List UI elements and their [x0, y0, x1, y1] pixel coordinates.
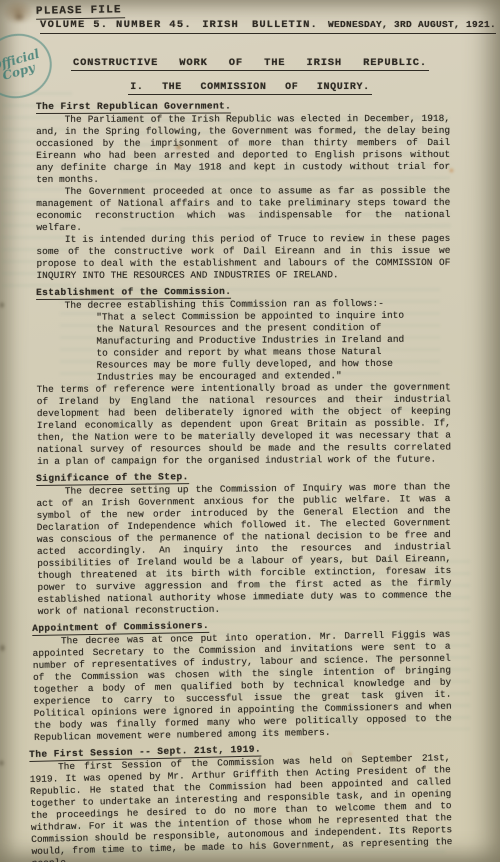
- paper-stain: [10, 10, 28, 24]
- article-subtitle: I. THE COMMISSION OF INQUIRY.: [128, 82, 371, 95]
- section-heading: Establishment of the Commission.: [36, 286, 231, 300]
- section-heading: Significance of the Step.: [36, 471, 189, 485]
- masthead: VOLUME 5. NUMBER 45. IRISH BULLETIN. WED…: [40, 19, 496, 34]
- edge-speck: [0, 300, 6, 310]
- decree-quote: "That a select Commission be appointed t…: [96, 310, 414, 384]
- subtitle-row: I. THE COMMISSION OF INQUIRY.: [0, 76, 500, 95]
- bulletin-title: IRISH BULLETIN.: [202, 19, 318, 31]
- paragraph: The Parliament of the Irish Republic was…: [36, 113, 450, 186]
- section-establishment-of-commission: Establishment of the Commission. The dec…: [36, 279, 451, 468]
- main-title: CONSTRUCTIVE WORK OF THE IRISH REPUBLIC.: [71, 57, 429, 71]
- paragraph: The decree was at once put into operatio…: [32, 629, 452, 744]
- edge-speck: [0, 758, 6, 768]
- edge-speck: [0, 642, 7, 654]
- paragraph: The terms of reference were intentionall…: [37, 381, 452, 468]
- main-title-row: CONSTRUCTIVE WORK OF THE IRISH REPUBLIC.: [0, 52, 500, 71]
- paragraph: The first Session of the Commission was …: [29, 752, 452, 862]
- section-significance-of-step: Significance of the Step. The decree set…: [36, 463, 452, 618]
- scanned-document-page: Official Copy PLEASE FILE VOLUME 5. NUMB…: [0, 0, 500, 862]
- issue-date: WEDNESDAY, 3RD AUGUST, 1921.: [328, 19, 496, 30]
- document-body: The First Republican Government. The Par…: [36, 96, 450, 862]
- please-file-note: PLEASE FILE: [36, 4, 125, 20]
- volume-number: VOLUME 5. NUMBER 45.: [40, 19, 192, 31]
- section-appointment-of-commissioners: Appointment of Commissioners. The decree…: [32, 611, 452, 744]
- paper-stain: [0, 0, 40, 30]
- paragraph: The Government proceeded at once to assu…: [36, 185, 450, 234]
- paragraph: The decree setting up the Commission of …: [36, 481, 452, 618]
- section-first-session: The First Session -- Sept. 21st, 1919. T…: [29, 734, 453, 862]
- section-heading: The First Republican Government.: [36, 100, 231, 113]
- section-first-republican-government: The First Republican Government. The Par…: [36, 95, 450, 282]
- paragraph: It is intended during this period of Tru…: [36, 233, 450, 282]
